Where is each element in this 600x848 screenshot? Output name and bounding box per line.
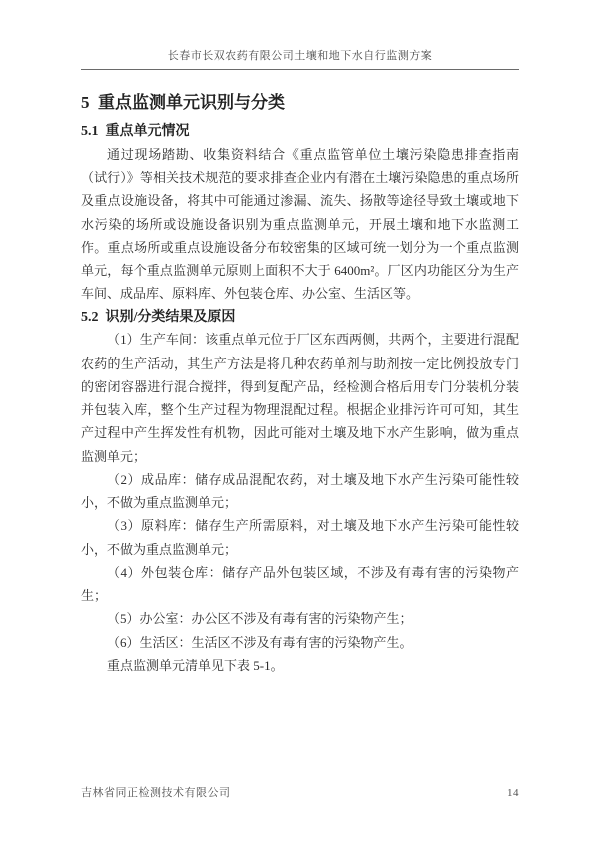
section-heading: 5 重点监测单元识别与分类 [81,93,519,113]
subsection-heading-5-1: 5.1 重点单元情况 [81,123,519,141]
footer-company: 吉林省同正检测技术有限公司 [81,784,231,800]
document-page: 长春市长双农药有限公司土壤和地下水自行监测方案 5 重点监测单元识别与分类 5.… [0,0,600,848]
classification-item-5: （5）办公室：办公区不涉及有毒有害的污染物产生； [81,607,519,630]
header-title: 长春市长双农药有限公司土壤和地下水自行监测方案 [168,50,433,62]
document-footer: 吉林省同正检测技术有限公司 14 [81,784,519,800]
header-rule: 长春市长双农药有限公司土壤和地下水自行监测方案 [81,46,519,70]
classification-item-4: （4）外包装仓库：储存产品外包装区域，不涉及有毒有害的污染物产生； [81,561,519,608]
document-header: 长春市长双农药有限公司土壤和地下水自行监测方案 [0,0,600,76]
classification-item-6: （6）生活区：生活区不涉及有毒有害的污染物产生。 [81,631,519,654]
classification-item-1: （1）生产车间：该重点单元位于厂区东西两侧，共两个，主要进行混配农药的生产活动，… [81,328,519,468]
closing-line: 重点监测单元清单见下表 5-1。 [81,654,519,677]
classification-item-3: （3）原料库：储存生产所需原料，对土壤及地下水产生污染可能性较小，不做为重点监测… [81,514,519,561]
page-number: 14 [507,787,519,799]
overview-paragraph: 通过现场踏勘、收集资料结合《重点监管单位土壤污染隐患排查指南（试行）》等相关技术… [81,143,519,306]
subsection-heading-5-2: 5.2 识别/分类结果及原因 [81,309,519,327]
document-body: 5 重点监测单元识别与分类 5.1 重点单元情况 通过现场踏勘、收集资料结合《重… [0,93,600,677]
classification-item-2: （2）成品库：储存成品混配农药，对土壤及地下水产生污染可能性较小，不做为重点监测… [81,468,519,515]
